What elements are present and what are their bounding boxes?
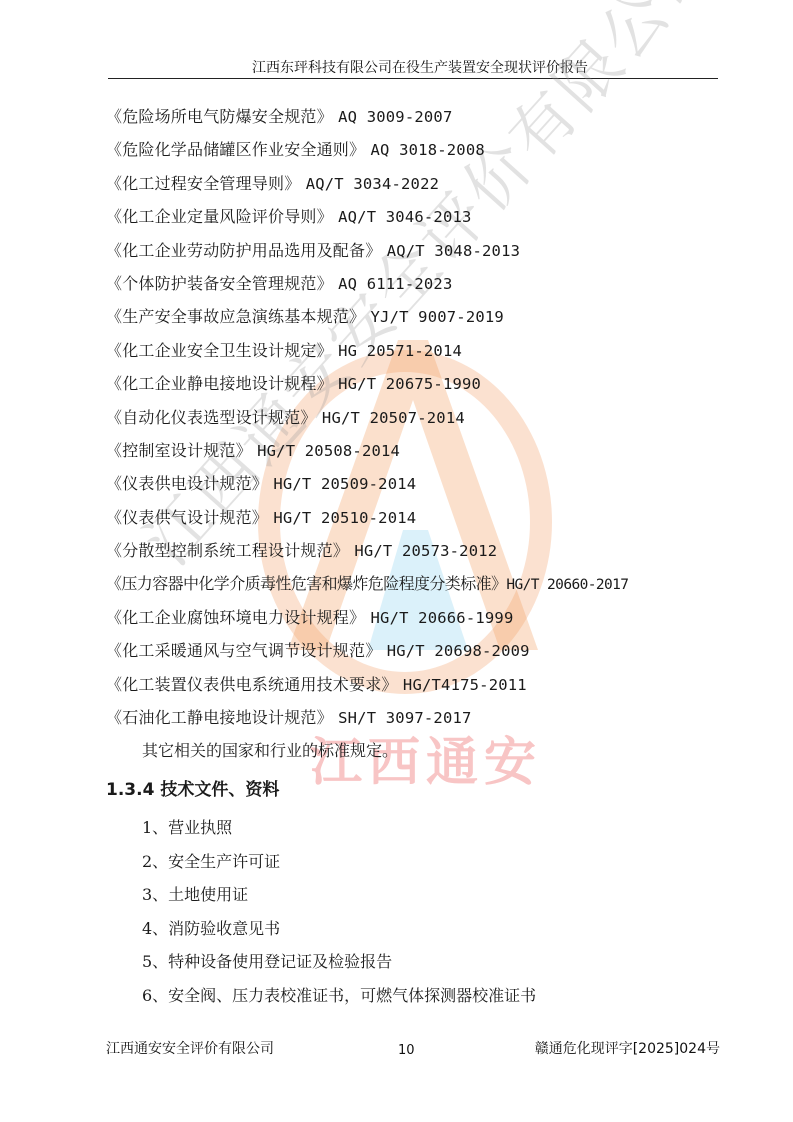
standard-item: 《化工企业静电接地设计规程》 HG/T 20675-1990 [106, 367, 746, 400]
standard-item: 《自动化仪表选型设计规范》 HG/T 20507-2014 [106, 401, 746, 434]
standard-name: 《化工企业安全卫生设计规定》 [106, 341, 333, 360]
document-item: 1、营业执照 [106, 811, 746, 845]
technical-documents-list: 1、营业执照 2、安全生产许可证 3、土地使用证 4、消防验收意见书 5、特种设… [106, 811, 746, 1012]
standard-code: SH/T 3097-2017 [338, 709, 471, 727]
standard-code: HG/T 20573-2012 [354, 542, 497, 560]
document-item: 4、消防验收意见书 [106, 912, 746, 946]
standard-item: 《压力容器中化学介质毒性危害和爆炸危险程度分类标准》HG/T 20660-201… [106, 567, 746, 600]
standard-code: AQ 3009-2007 [338, 108, 452, 126]
standard-name: 《仪表供气设计规范》 [106, 508, 268, 527]
closing-paragraph: 其它相关的国家和行业的标准规定。 [106, 734, 746, 767]
standard-item: 《控制室设计规范》 HG/T 20508-2014 [106, 434, 746, 467]
document-item: 6、安全阀、压力表校准证书，可燃气体探测器校准证书 [106, 979, 746, 1013]
standard-item: 《化工过程安全管理导则》 AQ/T 3034-2022 [106, 167, 746, 200]
standard-name: 《自动化仪表选型设计规范》 [106, 408, 317, 427]
standards-list: 《危险场所电气防爆安全规范》 AQ 3009-2007 《危险化学品储罐区作业安… [106, 100, 746, 734]
standard-code: HG/T 20508-2014 [257, 442, 400, 460]
document-item: 5、特种设备使用登记证及检验报告 [106, 945, 746, 979]
page-number: 10 [398, 1043, 415, 1058]
footer-company: 江西通安安全评价有限公司 [106, 1038, 274, 1058]
standard-item: 《仪表供气设计规范》 HG/T 20510-2014 [106, 501, 746, 534]
standard-name: 《压力容器中化学介质毒性危害和爆炸危险程度分类标准》 [106, 574, 506, 593]
standard-item: 《化工企业劳动防护用品选用及配备》 AQ/T 3048-2013 [106, 234, 746, 267]
standard-item: 《个体防护装备安全管理规范》 AQ 6111-2023 [106, 267, 746, 300]
standard-code: AQ 6111-2023 [338, 275, 452, 293]
standard-name: 《化工企业劳动防护用品选用及配备》 [106, 241, 381, 260]
standard-code: AQ/T 3046-2013 [338, 208, 471, 226]
standard-code: HG/T 20510-2014 [273, 509, 416, 527]
standard-code: AQ 3018-2008 [371, 141, 485, 159]
standard-code: YJ/T 9007-2019 [371, 308, 504, 326]
standard-code: HG 20571-2014 [338, 342, 462, 360]
document-body: 《危险场所电气防爆安全规范》 AQ 3009-2007 《危险化学品储罐区作业安… [106, 100, 746, 1012]
standard-name: 《化工企业腐蚀环境电力设计规程》 [106, 608, 365, 627]
standard-name: 《化工企业定量风险评价导则》 [106, 207, 333, 226]
standard-item: 《生产安全事故应急演练基本规范》 YJ/T 9007-2019 [106, 300, 746, 333]
standard-code: AQ/T 3048-2013 [387, 242, 520, 260]
document-item: 2、安全生产许可证 [106, 845, 746, 879]
standard-name: 《危险化学品储罐区作业安全通则》 [106, 140, 365, 159]
standard-item: 《仪表供电设计规范》 HG/T 20509-2014 [106, 467, 746, 500]
standard-item: 《化工装置仪表供电系统通用技术要求》 HG/T4175-2011 [106, 668, 746, 701]
standard-code: HG/T 20509-2014 [273, 475, 416, 493]
page-footer: 江西通安安全评价有限公司 10 赣通危化现评字[2025]024号 [106, 1036, 720, 1060]
standard-item: 《危险场所电气防爆安全规范》 AQ 3009-2007 [106, 100, 746, 133]
standard-name: 《化工过程安全管理导则》 [106, 174, 300, 193]
standard-name: 《化工采暖通风与空气调节设计规范》 [106, 641, 381, 660]
standard-item: 《石油化工静电接地设计规范》 SH/T 3097-2017 [106, 701, 746, 734]
standard-name: 《化工企业静电接地设计规程》 [106, 374, 333, 393]
standard-code: HG/T 20675-1990 [338, 375, 481, 393]
document-item: 3、土地使用证 [106, 878, 746, 912]
standard-name: 《生产安全事故应急演练基本规范》 [106, 307, 365, 326]
report-number: 赣通危化现评字[2025]024号 [535, 1038, 720, 1058]
standard-code: HG/T4175-2011 [403, 676, 527, 694]
standard-item: 《分散型控制系统工程设计规范》 HG/T 20573-2012 [106, 534, 746, 567]
standard-item: 《危险化学品储罐区作业安全通则》 AQ 3018-2008 [106, 133, 746, 166]
standard-code: HG/T 20660-2017 [506, 577, 628, 593]
standard-item: 《化工企业安全卫生设计规定》 HG 20571-2014 [106, 334, 746, 367]
standard-name: 《仪表供电设计规范》 [106, 474, 268, 493]
standard-item: 《化工企业定量风险评价导则》 AQ/T 3046-2013 [106, 200, 746, 233]
standard-name: 《化工装置仪表供电系统通用技术要求》 [106, 675, 398, 694]
standard-name: 《个体防护装备安全管理规范》 [106, 274, 333, 293]
section-heading: 1.3.4 技术文件、资料 [106, 769, 746, 811]
standard-item: 《化工采暖通风与空气调节设计规范》 HG/T 20698-2009 [106, 634, 746, 667]
standard-name: 《分散型控制系统工程设计规范》 [106, 541, 349, 560]
standard-item: 《化工企业腐蚀环境电力设计规程》 HG/T 20666-1999 [106, 601, 746, 634]
standard-name: 《危险场所电气防爆安全规范》 [106, 107, 333, 126]
standard-name: 《控制室设计规范》 [106, 441, 252, 460]
standard-code: HG/T 20698-2009 [387, 642, 530, 660]
standard-code: HG/T 20666-1999 [371, 609, 514, 627]
standard-code: AQ/T 3034-2022 [306, 175, 439, 193]
standard-code: HG/T 20507-2014 [322, 409, 465, 427]
standard-name: 《石油化工静电接地设计规范》 [106, 708, 333, 727]
